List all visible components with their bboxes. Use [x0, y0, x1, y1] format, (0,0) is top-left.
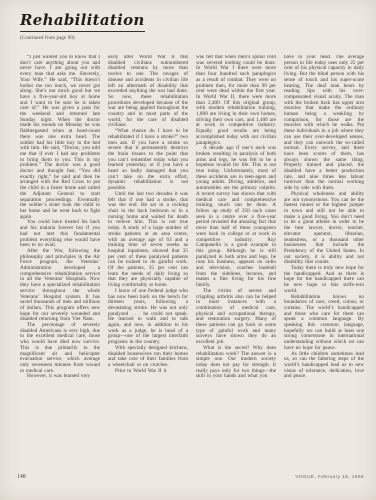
body-paragraph: “I just wanted you to know that I don’t … [20, 55, 100, 220]
magazine-page: Rehabilitation (Continued from page 90) … [0, 0, 376, 500]
body-paragraph: Until the last two decades it was felt t… [108, 192, 188, 289]
body-paragraph: You could have treated his back and his … [20, 220, 100, 249]
body-paragraph: A decade ago if one’s neck was broken re… [196, 146, 276, 289]
issue-date-line: VOGUE, February 15, 1968 [295, 475, 364, 480]
body-paragraph: After the War, following the philosophy … [20, 249, 100, 323]
body-paragraph: Physical wholeness and ability are not s… [284, 192, 364, 266]
body-paragraph: Today there is truly new hope for the ha… [284, 266, 364, 295]
body-paragraph: have in your head. The average person in… [284, 55, 364, 192]
body-paragraph: However, it was learned very [20, 374, 100, 380]
body-paragraph: The percentage of severely disabled Amer… [20, 323, 100, 374]
body-paragraph: was felt that when men’s spinal cord was… [196, 55, 276, 146]
body-paragraph: Prior to World War II it [108, 369, 188, 375]
body-paragraph: early after World War II that disabled c… [108, 55, 188, 129]
text-column: have in your head. The average person in… [284, 55, 364, 471]
text-column: was felt that when men’s spinal cord was… [196, 55, 276, 471]
continued-from-note: (Continued from page 90) [20, 36, 145, 41]
text-column: early after World War II that disabled c… [108, 55, 188, 471]
body-paragraph: The victim of severe and crippling arthr… [196, 289, 276, 346]
article-title: Rehabilitation [20, 11, 145, 32]
page-footer: 148 VOGUE, February 15, 1968 [17, 474, 364, 480]
body-paragraph: As little children sometimes lead us, so… [284, 352, 364, 381]
article-body: “I just wanted you to know that I don’t … [20, 55, 364, 471]
body-paragraph: Rehabilitation knows no boundaries of ra… [284, 295, 364, 352]
page-number: 148 [17, 474, 26, 480]
body-paragraph: What is the secret? Why does rehabilitat… [196, 346, 276, 380]
body-paragraph: With specially designed kitchens, disabl… [108, 346, 188, 369]
text-column: “I just wanted you to know that I don’t … [20, 55, 100, 471]
body-paragraph: “What chance do I have to be rehabilitat… [108, 129, 188, 192]
body-paragraph: I know of one Federal judge who has now … [108, 289, 188, 346]
article-header: Rehabilitation (Continued from page 90) [20, 11, 145, 41]
